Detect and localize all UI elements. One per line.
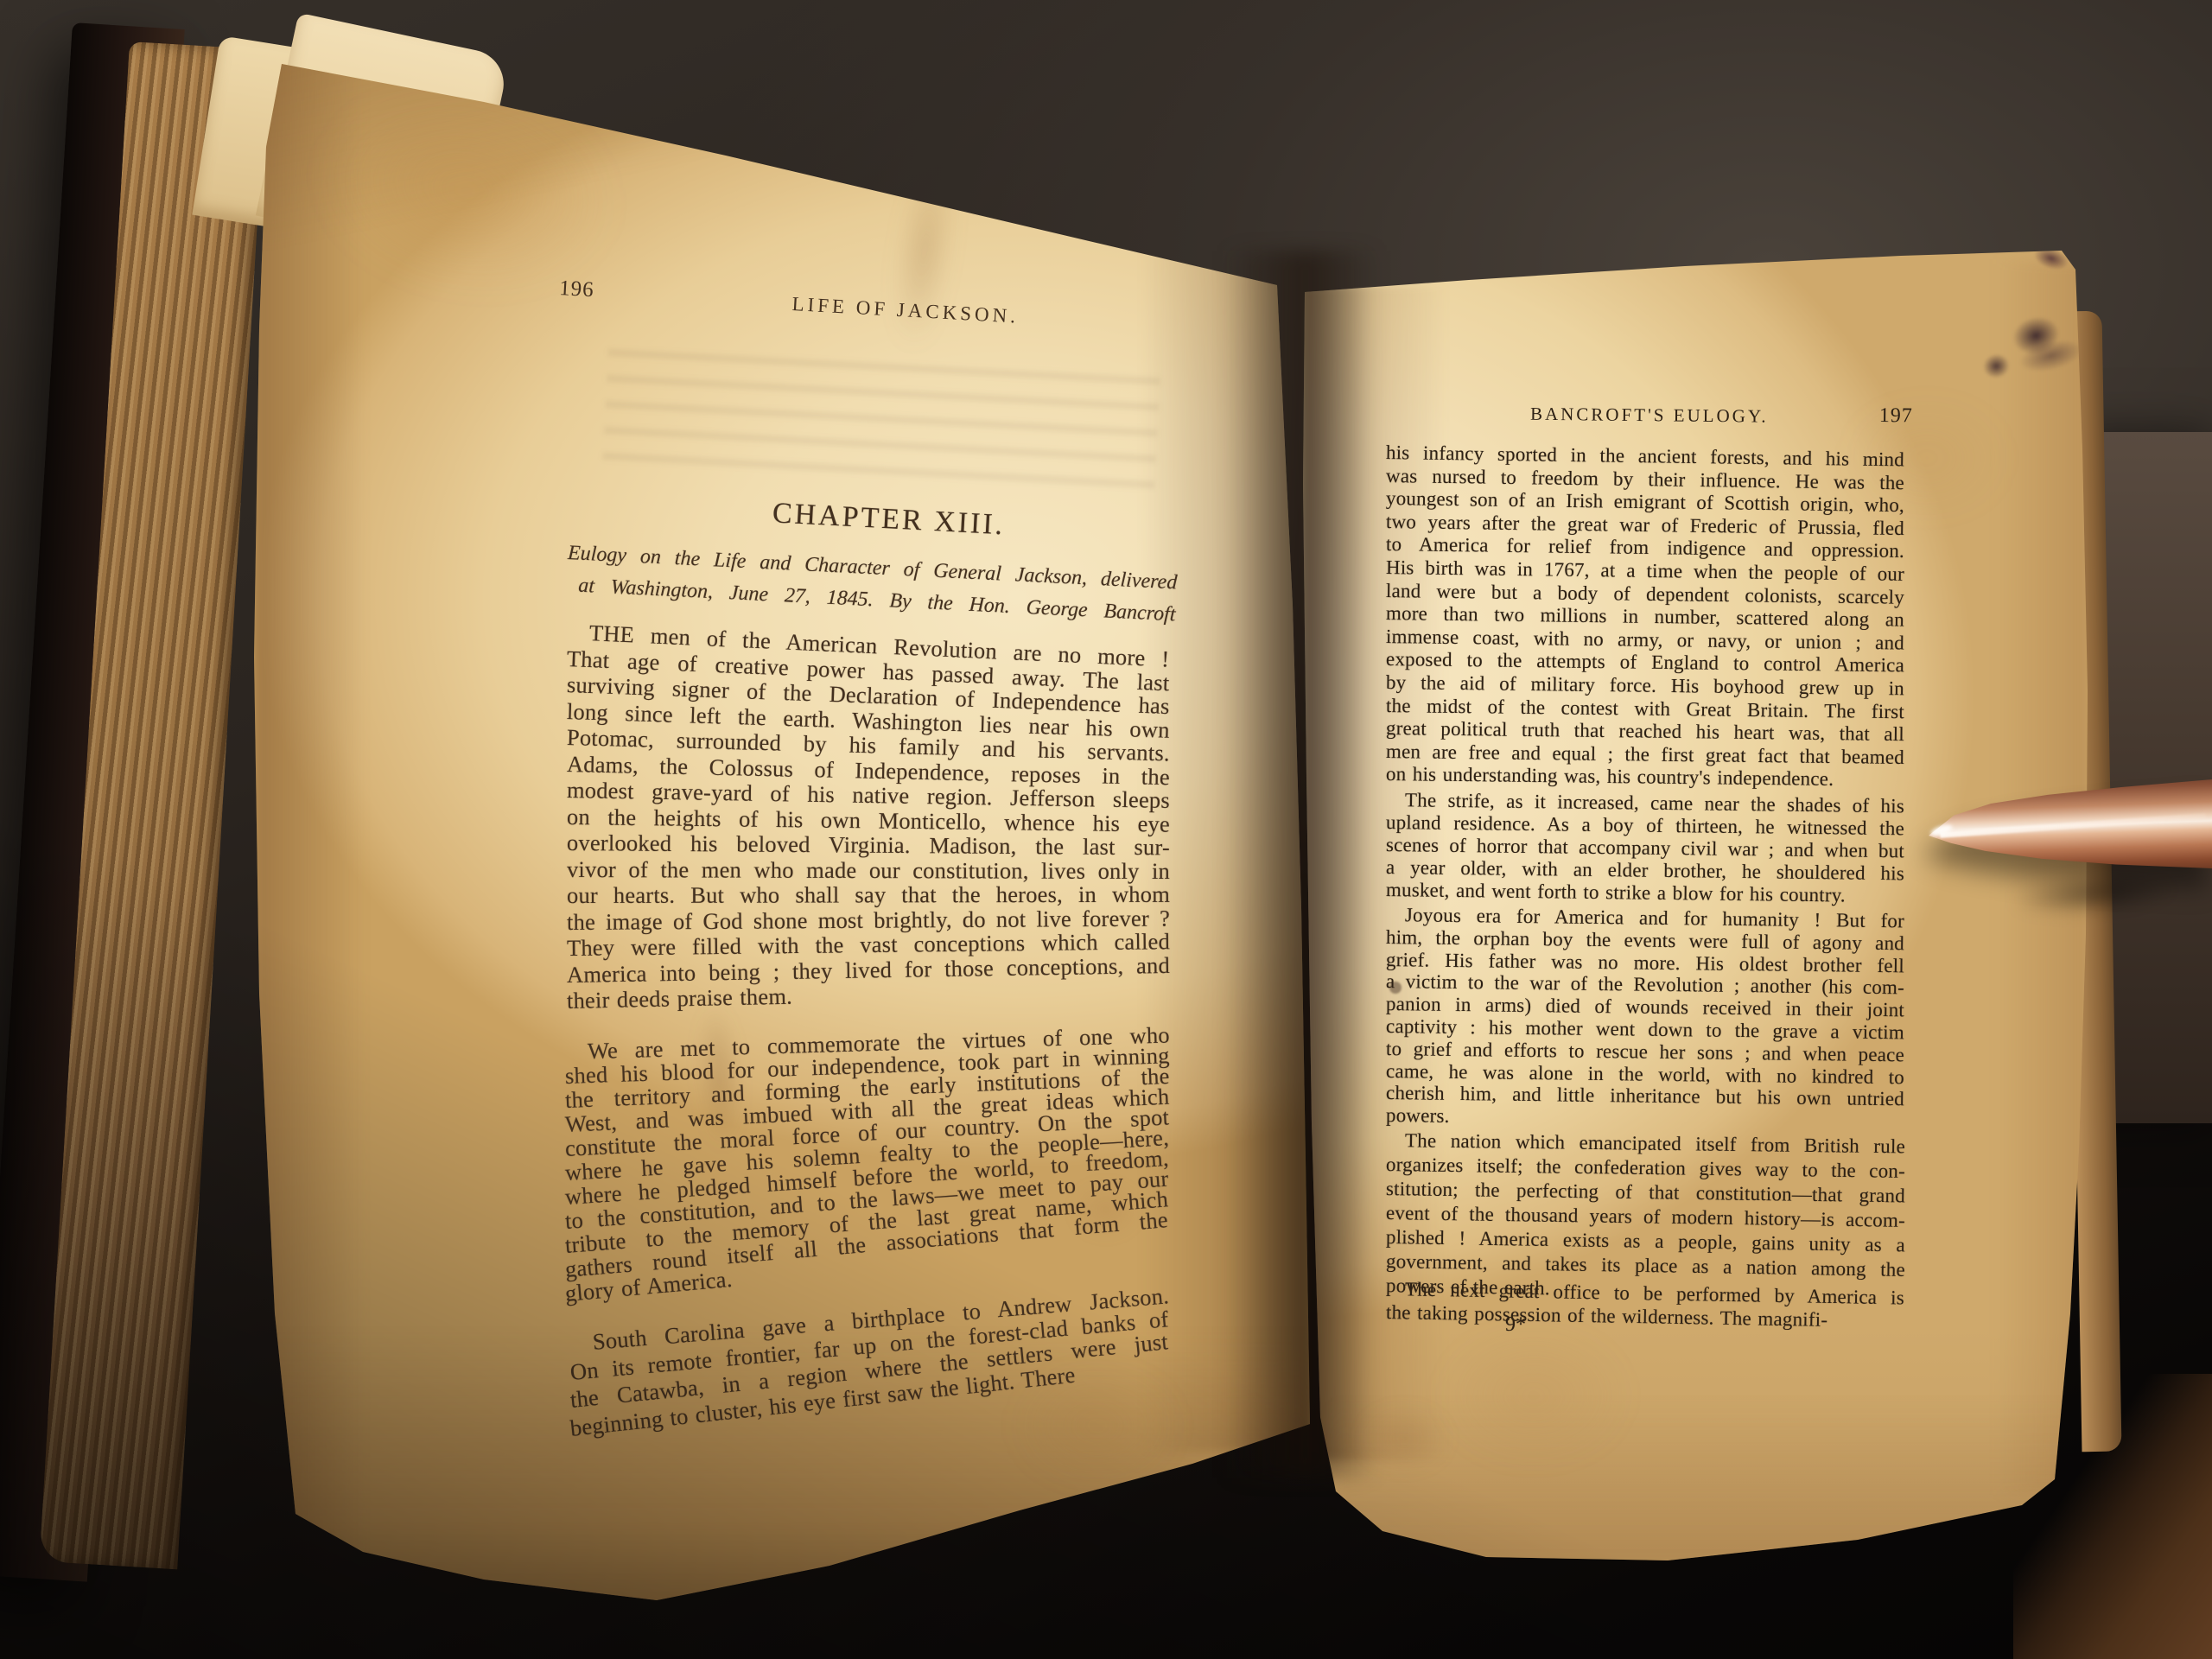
stain-spot [1417, 1313, 1650, 1478]
text-line: on his understanding was, his country's … [1386, 762, 1904, 791]
chapter-subtitle: Eulogy on the Life and Character of Gene… [565, 537, 1178, 631]
running-head-left: LIFE OF JACKSON. [791, 293, 1020, 328]
page-number-left: 196 [558, 276, 594, 302]
show-through-text [602, 348, 1160, 489]
ink-stain [1955, 290, 2092, 400]
text-line: vivor of the men who made our constituti… [567, 856, 1170, 885]
right-page-header: BANCROFT'S EULOGY. 197 [1386, 399, 1913, 434]
stain-spot [1348, 1400, 1460, 1478]
signature-mark: 9* [1386, 1312, 1645, 1338]
pen-highlight [1940, 814, 2206, 838]
left-page-header: 196 LIFE OF JACKSON. [558, 276, 1171, 345]
page-number-right: 197 [1879, 404, 1913, 428]
book-photograph: 196 LIFE OF JACKSON. CHAPTER XIII. Eulog… [0, 0, 2212, 1659]
copper-pen [1929, 779, 2212, 876]
copper-pen-body [1929, 779, 2212, 876]
running-head-right: BANCROFT'S EULOGY. [1386, 402, 1913, 429]
